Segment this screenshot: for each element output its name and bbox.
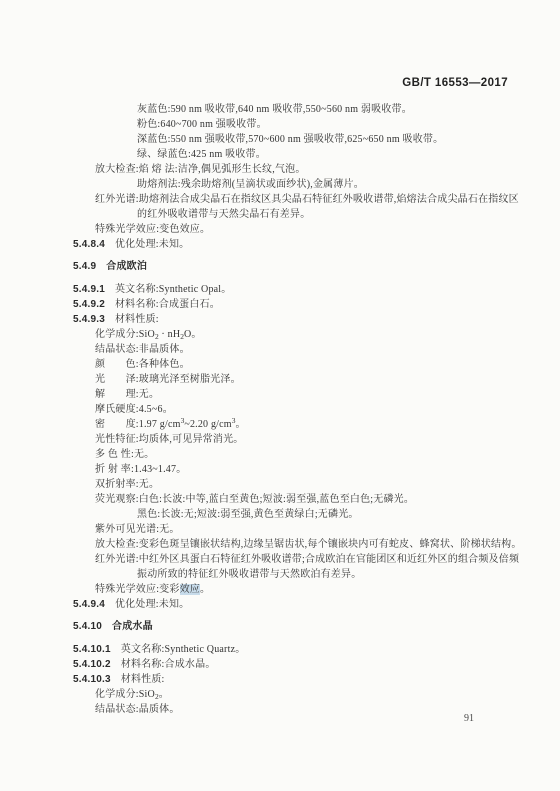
text-run: 红外光谱:助熔剂法合成尖晶石在指纹区具尖晶石特征红外吸收谱带,焰熔法合成尖晶石在… [95,194,519,205]
clause-number: 5.4.10.2 [73,659,111,670]
text-run: 助熔剂法:残余助熔剂(呈滴状或面纱状),金属薄片。 [137,179,364,190]
doc-line: 紫外可见光谱:无。 [0,522,560,537]
doc-line: 灰蓝色:590 nm 吸收带,640 nm 吸收带,550~560 nm 弱吸收… [0,102,560,117]
doc-line: 红外光谱:助熔剂法合成尖晶石在指纹区具尖晶石特征红外吸收谱带,焰熔法合成尖晶石在… [0,192,560,207]
text-run: 光性特征:均质体,可见异常消光。 [95,434,243,445]
text-run: 的红外吸收谱带与天然尖晶石有差异。 [137,209,310,220]
document-page: GB/T 16553—2017 灰蓝色:590 nm 吸收带,640 nm 吸收… [0,0,560,791]
doc-line: 红外光谱:中红外区具蛋白石特征红外吸收谱带;合成欧泊在官能团区和近红外区的组合频… [0,552,560,567]
doc-line: 密 度:1.97 g/cm3~2.20 g/cm3。 [0,417,560,432]
text-run: 材料性质: [115,314,159,325]
text-run: 振动所致的特征红外吸收谱带与天然欧泊有差异。 [137,569,361,580]
text-run: 灰蓝色:590 nm 吸收带,640 nm 吸收带,550~560 nm 弱吸收… [137,104,412,115]
text-run: 。 [159,689,169,700]
doc-line: 解 理:无。 [0,387,560,402]
text-run: 放大检查:焰 熔 法:洁净,偶见弧形生长纹,气泡。 [95,164,306,175]
document-body: 灰蓝色:590 nm 吸收带,640 nm 吸收带,550~560 nm 弱吸收… [0,102,560,717]
doc-line: 振动所致的特征红外吸收谱带与天然欧泊有差异。 [0,567,560,582]
doc-line: 5.4.9.4优化处理:未知。 [0,597,560,612]
section-heading: 5.4.10合成水晶 [0,619,560,634]
text-run: 材料名称:合成蛋白石。 [115,299,220,310]
text-run: 粉色:640~700 nm 强吸收带。 [137,119,267,130]
doc-line: 绿、绿蓝色:425 nm 吸收带。 [0,147,560,162]
section-heading: 5.4.9合成欧泊 [0,259,560,274]
doc-line: 的红外吸收谱带与天然尖晶石有差异。 [0,207,560,222]
doc-line: 特殊光学效应:变彩效应。 [0,582,560,597]
doc-line: 5.4.10.1英文名称:Synthetic Quartz。 [0,642,560,657]
text-run: · nH [159,329,181,340]
standard-number: GB/T 16553—2017 [402,77,508,89]
clause-number: 5.4.9.1 [73,284,105,295]
text-run: 荧光观察:白色:长波:中等,蓝白至黄色;短波:弱至强,蓝色至白色;无磷光。 [95,494,414,505]
clause-number: 合成欧泊 [106,261,147,272]
doc-line: 折 射 率:1.43~1.47。 [0,462,560,477]
text-run: 深蓝色:550 nm 强吸收带,570~600 nm 强吸收带,625~650 … [137,134,443,145]
page-number: 91 [464,713,474,724]
text-run: 结晶状态:非晶质体。 [95,344,190,355]
doc-line: 光性特征:均质体,可见异常消光。 [0,432,560,447]
text-run: 黑色:长波:无;短波:弱至强,黄色至黄绿白;无磷光。 [137,509,359,520]
clause-number: 5.4.9.2 [73,299,105,310]
doc-line: 光 泽:玻璃光泽至树脂光泽。 [0,372,560,387]
clause-number: 合成水晶 [112,621,153,632]
highlighted-text: 效应 [180,584,200,595]
text-run: 双折射率:无。 [95,479,159,490]
doc-line: 化学成分:SiO2。 [0,687,560,702]
doc-line: 化学成分:SiO2 · nH2O。 [0,327,560,342]
clause-number: 5.4.10 [73,621,102,632]
doc-line: 特殊光学效应:变色效应。 [0,222,560,237]
clause-number: 5.4.8.4 [73,239,105,250]
doc-line: 黑色:长波:无;短波:弱至强,黄色至黄绿白;无磷光。 [0,507,560,522]
text-run: 紫外可见光谱:无。 [95,524,180,535]
text-run: 材料名称:合成水晶。 [121,659,216,670]
doc-line: 放大检查:焰 熔 法:洁净,偶见弧形生长纹,气泡。 [0,162,560,177]
doc-line: 5.4.9.3材料性质: [0,312,560,327]
clause-number: 5.4.9 [73,261,96,272]
text-run: 密 度:1.97 g/cm [95,419,181,430]
text-run: 英文名称:Synthetic Opal。 [115,284,232,295]
clause-number: 5.4.10.1 [73,644,111,655]
doc-line: 5.4.10.2材料名称:合成水晶。 [0,657,560,672]
doc-line: 摩氏硬度:4.5~6。 [0,402,560,417]
text-run: 。 [235,419,245,430]
text-run: 。 [200,584,210,595]
doc-line: 助熔剂法:残余助熔剂(呈滴状或面纱状),金属薄片。 [0,177,560,192]
text-run: 解 理:无。 [95,389,159,400]
doc-line: 结晶状态:晶质体。 [0,702,560,717]
clause-number: 5.4.9.3 [73,314,105,325]
text-run: 特殊光学效应:变色效应。 [95,224,210,235]
text-run: 英文名称:Synthetic Quartz。 [121,644,246,655]
text-run: 化学成分:SiO [95,329,155,340]
doc-line: 5.4.9.2材料名称:合成蛋白石。 [0,297,560,312]
text-run: ~2.20 g/cm [184,419,231,430]
text-run: 摩氏硬度:4.5~6。 [95,404,173,415]
clause-number: 5.4.10.3 [73,674,111,685]
doc-line: 结晶状态:非晶质体。 [0,342,560,357]
doc-line: 粉色:640~700 nm 强吸收带。 [0,117,560,132]
text-run: 折 射 率:1.43~1.47。 [95,464,186,475]
doc-line: 多 色 性:无。 [0,447,560,462]
doc-line: 荧光观察:白色:长波:中等,蓝白至黄色;短波:弱至强,蓝色至白色;无磷光。 [0,492,560,507]
text-run: 绿、绿蓝色:425 nm 吸收带。 [137,149,266,160]
clause-number: 5.4.9.4 [73,599,105,610]
text-run: 红外光谱:中红外区具蛋白石特征红外吸收谱带;合成欧泊在官能团区和近红外区的组合频… [95,554,519,565]
text-run: O。 [184,329,202,340]
text-run: 结晶状态:晶质体。 [95,704,180,715]
text-run: 放大检查:变彩色斑呈镶嵌状结构,边缘呈锯齿状,每个镶嵌块内可有蛇皮、蜂窝状、阶梯… [95,539,522,550]
doc-line: 深蓝色:550 nm 强吸收带,570~600 nm 强吸收带,625~650 … [0,132,560,147]
doc-line: 5.4.9.1英文名称:Synthetic Opal。 [0,282,560,297]
text-run: 材料性质: [121,674,165,685]
text-run: 颜 色:各种体色。 [95,359,190,370]
text-run: 优化处理:未知。 [115,599,189,610]
doc-line: 放大检查:变彩色斑呈镶嵌状结构,边缘呈锯齿状,每个镶嵌块内可有蛇皮、蜂窝状、阶梯… [0,537,560,552]
text-run: 化学成分:SiO [95,689,155,700]
doc-line: 5.4.10.3材料性质: [0,672,560,687]
doc-line: 5.4.8.4优化处理:未知。 [0,237,560,252]
doc-line: 双折射率:无。 [0,477,560,492]
text-run: 光 泽:玻璃光泽至树脂光泽。 [95,374,241,385]
text-run: 多 色 性:无。 [95,449,154,460]
doc-line: 颜 色:各种体色。 [0,357,560,372]
text-run: 优化处理:未知。 [115,239,189,250]
text-run: 特殊光学效应:变彩 [95,584,180,595]
